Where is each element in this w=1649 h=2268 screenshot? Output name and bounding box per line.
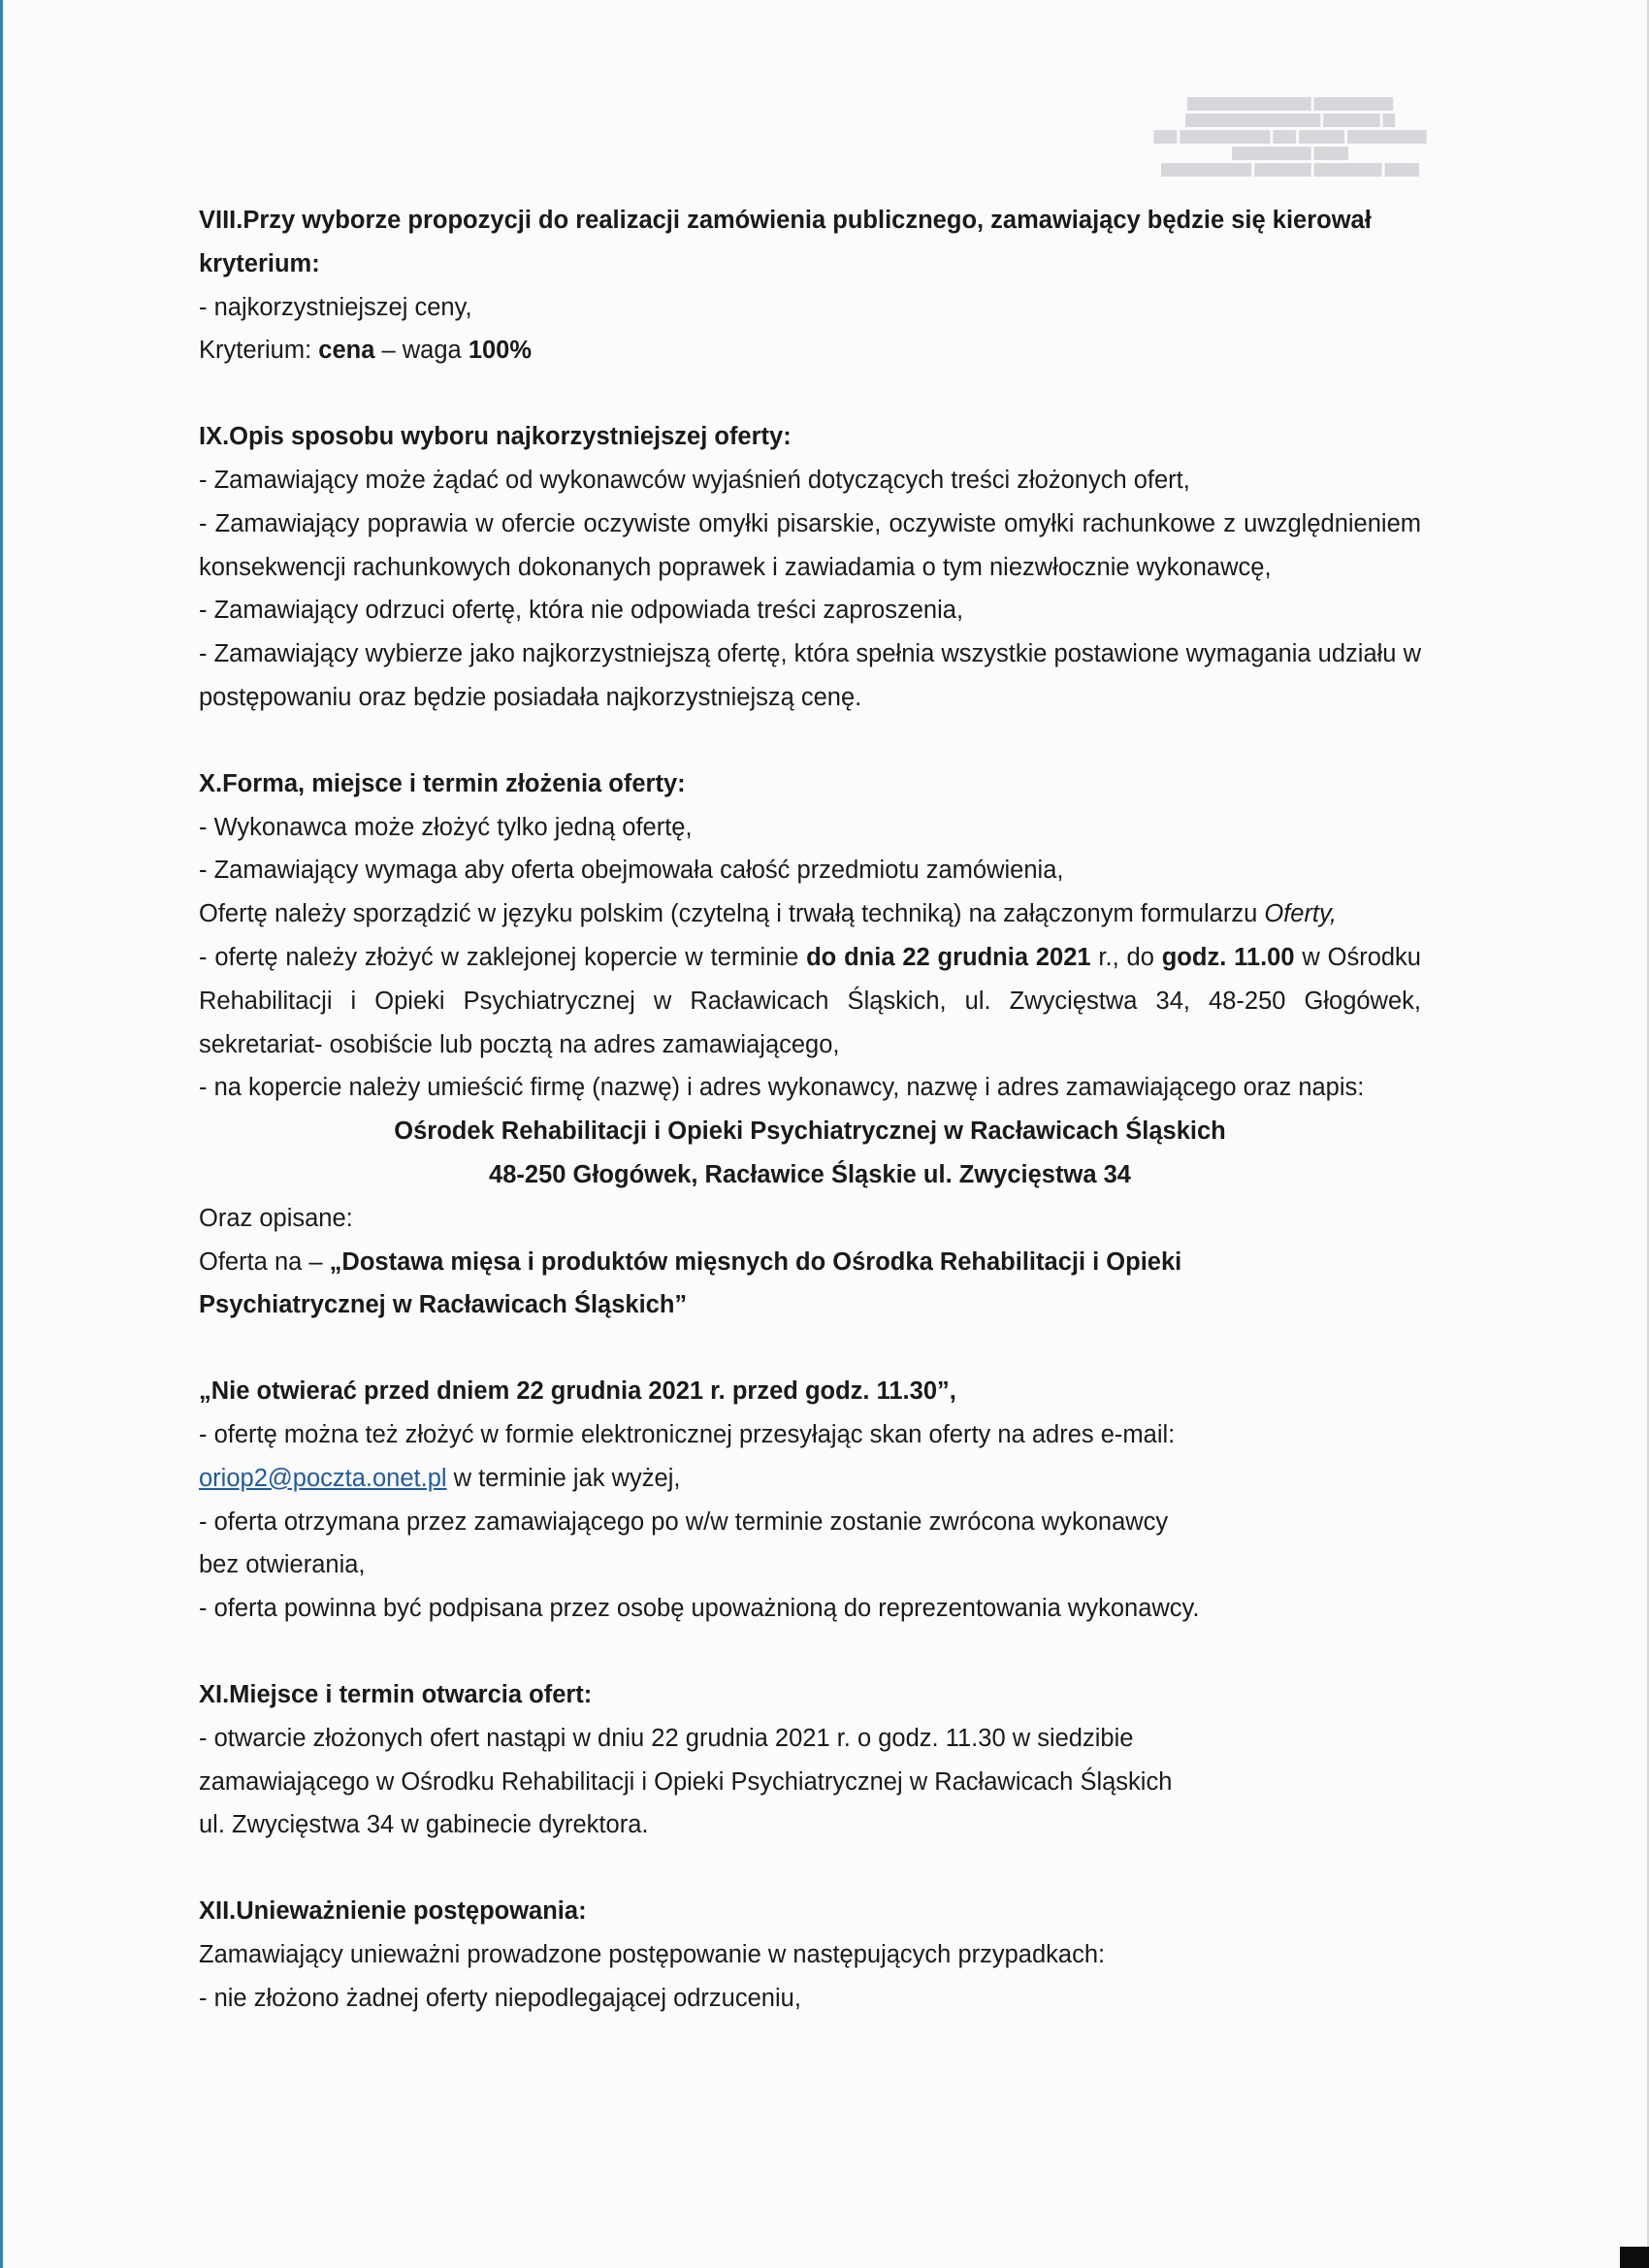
reverse-side-stamp-bleed: ▆▆▆▆▆▆▆ ▆▆▆▆▆▆▆▆▆▆▆▆ ▆▆▆▆▆ ▆▆▆▆▆▆▆▆▆▆▆▆▆… (1086, 95, 1494, 178)
criterion-name: cena (318, 337, 374, 364)
section-x-item: - Wykonawca może złożyć tylko jedną ofer… (199, 806, 1421, 850)
late-offer-line: - oferta otrzymana przez zamawiającego p… (199, 1501, 1421, 1544)
deadline-date: do dnia 22 grudnia 2021 (806, 944, 1091, 971)
section-ix: IX.Opis sposobu wyboru najkorzystniejsze… (199, 415, 1421, 720)
section-x: X.Forma, miejsce i termin złożenia ofert… (199, 762, 1421, 1631)
signature-line: - oferta powinna być podpisana przez oso… (199, 1587, 1421, 1631)
section-xi-line: ul. Zwycięstwa 34 w gabinecie dyrektora. (199, 1803, 1421, 1847)
section-xi-line: zamawiającego w Ośrodku Rehabilitacji i … (199, 1761, 1421, 1804)
do-not-open-notice: „Nie otwierać przed dniem 22 grudnia 202… (199, 1370, 1421, 1413)
document-page: VIII.Przy wyborze propozycji do realizac… (199, 199, 1421, 2020)
section-ix-item: - Zamawiający odrzuci ofertę, która nie … (199, 589, 1421, 632)
criterion-label: Kryterium: (199, 337, 318, 364)
form-name: Oferty, (1264, 900, 1337, 927)
section-x-item: - na kopercie należy umieścić firmę (naz… (199, 1066, 1421, 1110)
section-xii-line: - nie złożono żadnej oferty niepodlegają… (199, 1977, 1421, 2021)
offer-title: Oferta na – „Dostawa mięsa i produktów m… (199, 1241, 1421, 1284)
deadline-text: - ofertę należy złożyć w zaklejonej kope… (199, 944, 806, 971)
section-xii: XII.Unieważnienie postępowania: Zamawiaj… (199, 1890, 1421, 2020)
scan-corner-artifact (1620, 2247, 1649, 2268)
criterion-separator: – waga (374, 337, 468, 364)
deadline-text-2: r., do (1091, 944, 1162, 971)
section-x-item: - ofertę należy złożyć w zaklejonej kope… (199, 936, 1421, 1066)
section-xi: XI.Miejsce i termin otwarcia ofert: - ot… (199, 1673, 1421, 1847)
section-ix-heading: IX.Opis sposobu wyboru najkorzystniejsze… (199, 415, 1421, 459)
section-x-item: - Zamawiający wymaga aby oferta obejmowa… (199, 849, 1421, 892)
section-ix-item: - Zamawiający poprawia w ofercie oczywis… (199, 502, 1421, 590)
section-viii: VIII.Przy wyborze propozycji do realizac… (199, 199, 1421, 373)
section-xii-heading: XII.Unieważnienie postępowania: (199, 1890, 1421, 1933)
section-x-heading: X.Forma, miejsce i termin złożenia ofert… (199, 762, 1421, 806)
address-line-1: Ośrodek Rehabilitacji i Opieki Psychiatr… (199, 1110, 1421, 1153)
section-viii-item: - najkorzystniejszej ceny, (199, 286, 1421, 330)
offer-title-line-2: Psychiatrycznej w Racławicach Śląskich” (199, 1291, 687, 1318)
email-line: - ofertę można też złożyć w formie elekt… (199, 1413, 1421, 1457)
section-ix-item: - Zamawiający może żądać od wykonawców w… (199, 459, 1421, 502)
address-line-2: 48-250 Głogówek, Racławice Śląskie ul. Z… (199, 1153, 1421, 1197)
section-xii-line: Zamawiający unieważni prowadzone postępo… (199, 1933, 1421, 1977)
form-instruction-text: Ofertę należy sporządzić w języku polski… (199, 900, 1264, 927)
section-ix-item: - Zamawiający wybierze jako najkorzystni… (199, 632, 1421, 720)
section-xi-line: - otwarcie złożonych ofert nastąpi w dni… (199, 1717, 1421, 1761)
deadline-time: godz. 11.00 (1162, 944, 1295, 971)
email-deadline-text: w terminie jak wyżej, (447, 1465, 681, 1492)
email-link[interactable]: oriop2@poczta.onet.pl (199, 1465, 447, 1492)
offer-title-line-1: „Dostawa mięsa i produktów mięsnych do O… (330, 1248, 1182, 1276)
offer-prefix: Oferta na – (199, 1248, 330, 1276)
section-xi-heading: XI.Miejsce i termin otwarcia ofert: (199, 1673, 1421, 1717)
scan-edge-left (0, 0, 3, 2268)
section-viii-heading: VIII.Przy wyborze propozycji do realizac… (199, 199, 1421, 286)
described-label: Oraz opisane: (199, 1197, 1421, 1241)
criterion-line: Kryterium: cena – waga 100% (199, 329, 1421, 373)
offer-title-cont: Psychiatrycznej w Racławicach Śląskich” (199, 1283, 1421, 1327)
email-line-2: oriop2@poczta.onet.pl w terminie jak wyż… (199, 1457, 1421, 1501)
criterion-weight: 100% (469, 337, 532, 364)
late-offer-line-2: bez otwierania, (199, 1543, 1421, 1587)
section-x-item: Ofertę należy sporządzić w języku polski… (199, 892, 1421, 936)
